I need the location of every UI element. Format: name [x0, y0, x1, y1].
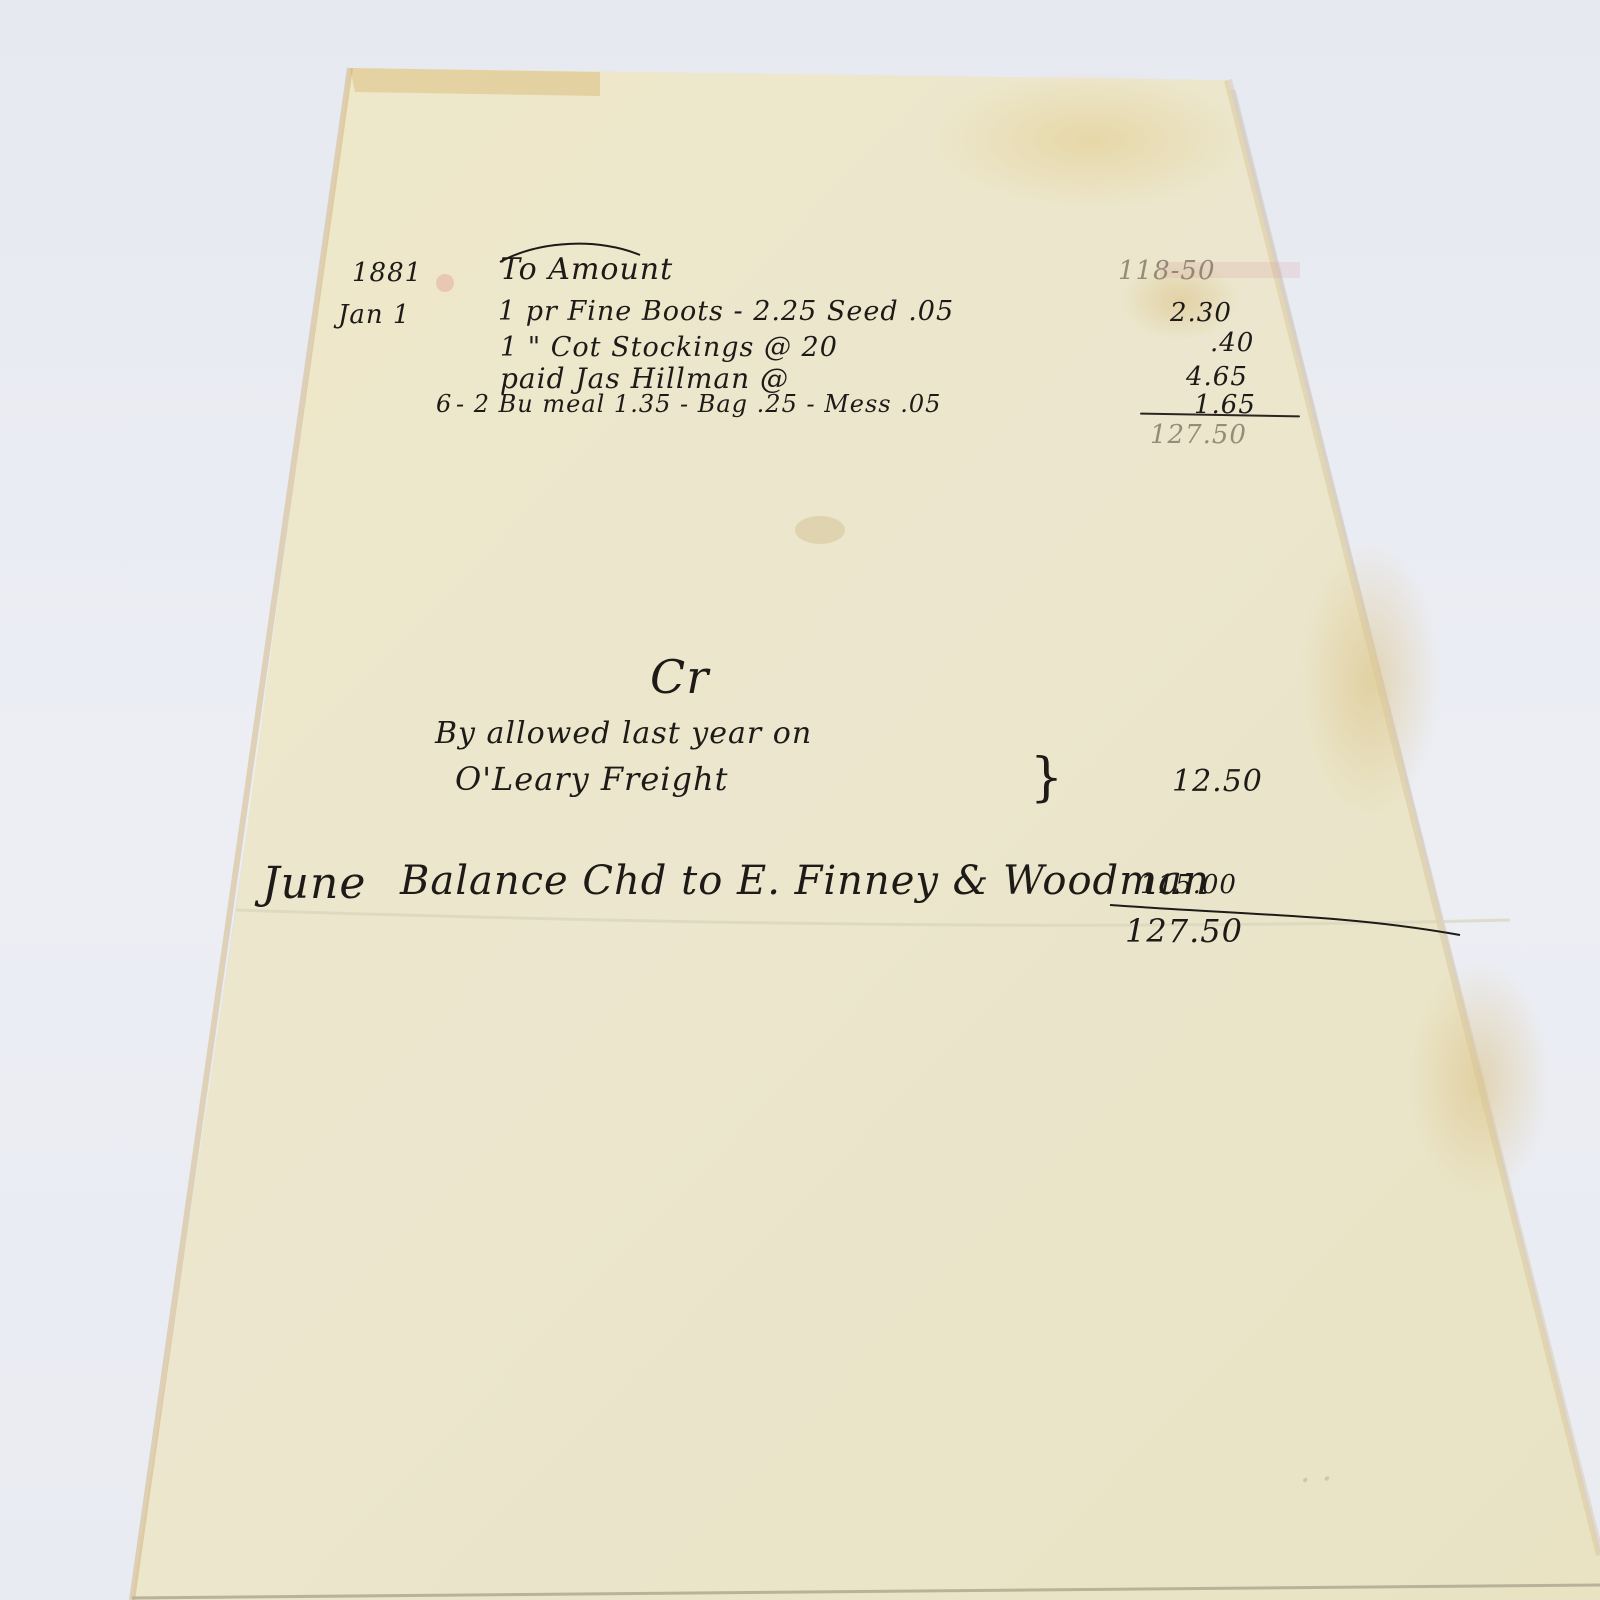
credit-description-line2: O'Leary Freight — [455, 760, 728, 798]
year: 1881 — [352, 258, 422, 288]
row-amount: .40 — [1210, 328, 1254, 358]
bleed-through-marks: · · — [1299, 1459, 1334, 1501]
brace-mark: } — [1030, 748, 1064, 808]
row-amount: 2.30 — [1170, 298, 1232, 328]
paper-sheet-shape — [0, 0, 1600, 1600]
row-amount: 4.65 — [1186, 362, 1248, 392]
credit-amount: 12.50 — [1172, 764, 1263, 799]
heading-amount: 118-50 — [1118, 256, 1216, 286]
ledger-paper: 1881 To Amount 118-50 Jan 1 1 pr Fine Bo… — [0, 0, 1600, 1600]
balance-date: June — [262, 858, 366, 909]
balance-description: Balance Chd to E. Finney & Woodman — [400, 858, 1210, 904]
debit-total: 127.50 — [1150, 420, 1247, 450]
debit-heading: To Amount — [500, 252, 673, 287]
credit-description-line1: By allowed last year on — [435, 716, 812, 751]
row-description: 1 " Cot Stockings @ 20 — [500, 332, 838, 363]
row-description: - 2 Bu meal 1.35 - Bag .25 - Mess .05 — [456, 390, 941, 418]
balance-amount: 115.00 — [1140, 870, 1237, 900]
balance-total: 127.50 — [1125, 912, 1243, 950]
credit-heading: Cr — [650, 650, 709, 704]
row-description: 1 pr Fine Boots - 2.25 Seed .05 — [498, 296, 954, 327]
row-date: 6 — [436, 390, 452, 418]
row-date: Jan 1 — [338, 300, 410, 330]
